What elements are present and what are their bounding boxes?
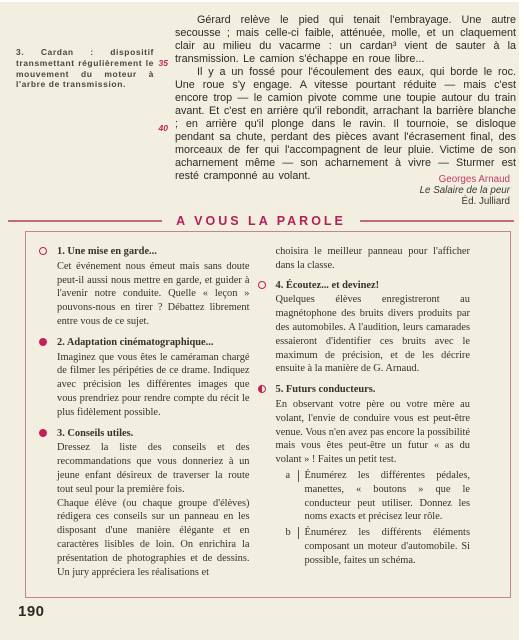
activity-box: 1. Une mise en garde... Cet événement no… (25, 231, 511, 598)
attribution-work-title: Le Salaire de la peur (420, 185, 510, 196)
exercise-5-content: 5. Futurs conducteurs. En observant votr… (276, 383, 471, 567)
exercise-5-title: 5. Futurs conducteurs. (276, 383, 471, 397)
exercise-1-paragraph: Cet événement nous émeut mais sans doute… (57, 260, 250, 329)
exercise-5-sub-item-b: b Énumérez les différents éléments compo… (286, 526, 471, 567)
activity-box-title: A VOUS LA PAROLE (176, 214, 346, 228)
open-circle-bullet-icon (258, 281, 266, 289)
exercise-1-title: 1. Une mise en garde... (57, 245, 250, 259)
activity-box-title-row: A VOUS LA PAROLE (8, 214, 514, 228)
exercise-3-continuation: choisira le meilleur panneau pour l'affi… (276, 245, 471, 273)
exercise-3-paragraph-2: Chaque élève (ou chaque groupe d'élèves)… (57, 497, 250, 580)
exercise-4-content: 4. Écoutez... et devinez! Quelques élève… (276, 279, 471, 377)
exercise-5-sub-item-a: a Énumérez les différentes pédales, mane… (286, 469, 471, 524)
exercise-5-bullet-cell (258, 383, 276, 567)
activity-right-column: choisira le meilleur panneau pour l'affi… (258, 245, 471, 597)
sub-item-b-label: b (286, 526, 296, 567)
filled-circle-bullet-icon (39, 429, 47, 437)
exercise-1-content: 1. Une mise en garde... Cet événement no… (57, 245, 250, 329)
filled-circle-bullet-icon (39, 338, 47, 346)
literary-excerpt: Gérard relève le pied qui tenait l'embra… (175, 14, 516, 183)
exercise-4-paragraph: Quelques élèves enregistreront au magnét… (276, 293, 471, 376)
exercise-5-paragraph: En observant votre père ou votre mère au… (276, 398, 471, 467)
exercise-2-title: 2. Adaptation cinématographique... (57, 336, 250, 350)
exercise-4: 4. Écoutez... et devinez! Quelques élève… (258, 279, 471, 377)
attribution-publisher: Éd. Julliard (420, 196, 510, 207)
exercise-3-content: 3. Conseils utiles. Dressez la liste des… (57, 427, 250, 580)
exercise-2: 2. Adaptation cinématographique... Imagi… (39, 336, 250, 420)
page-number: 190 (18, 603, 45, 620)
attribution-author: Georges Arnaud (420, 174, 510, 185)
exercise-2-content: 2. Adaptation cinématographique... Imagi… (57, 336, 250, 420)
sub-item-a-label: a (286, 469, 296, 524)
attribution: Georges Arnaud Le Salaire de la peur Éd.… (420, 174, 510, 207)
exercise-3-title: 3. Conseils utiles. (57, 427, 250, 441)
open-circle-bullet-icon (39, 247, 47, 255)
exercise-4-bullet-cell (258, 279, 276, 377)
exercise-2-paragraph: Imaginez que vous êtes le caméraman char… (57, 351, 250, 420)
excerpt-paragraph-1: Gérard relève le pied qui tenait l'embra… (175, 14, 516, 66)
exercise-5: 5. Futurs conducteurs. En observant votr… (258, 383, 471, 567)
exercise-3-paragraph-1: Dressez la liste des conseils et des rec… (57, 441, 250, 496)
exercise-2-bullet-cell (39, 336, 57, 420)
margin-note-cardan: 3. Cardan : dispositif transmettant régu… (16, 47, 154, 90)
sub-item-divider-bar (298, 527, 299, 539)
title-rule-left (8, 220, 162, 222)
excerpt-paragraph-2: Il y a un fossé pour l'écoulement des ea… (175, 66, 516, 183)
half-filled-circle-bullet-icon (258, 385, 266, 393)
title-rule-right (360, 220, 514, 222)
sub-item-a-text: Énumérez les différentes pédales, manett… (305, 469, 471, 524)
sub-item-divider-bar (298, 470, 299, 482)
exercise-3-bullet-cell (39, 427, 57, 580)
activity-left-column: 1. Une mise en garde... Cet événement no… (39, 245, 250, 597)
line-number-35: 35 (148, 58, 168, 68)
exercise-1-bullet-cell (39, 245, 57, 329)
exercise-3: 3. Conseils utiles. Dressez la liste des… (39, 427, 250, 580)
line-number-40: 40 (148, 123, 168, 133)
sub-item-b-text: Énumérez les différents éléments composa… (305, 526, 471, 567)
exercise-1: 1. Une mise en garde... Cet événement no… (39, 245, 250, 329)
exercise-4-title: 4. Écoutez... et devinez! (276, 279, 471, 293)
textbook-page: 3. Cardan : dispositif transmettant régu… (0, 2, 519, 640)
